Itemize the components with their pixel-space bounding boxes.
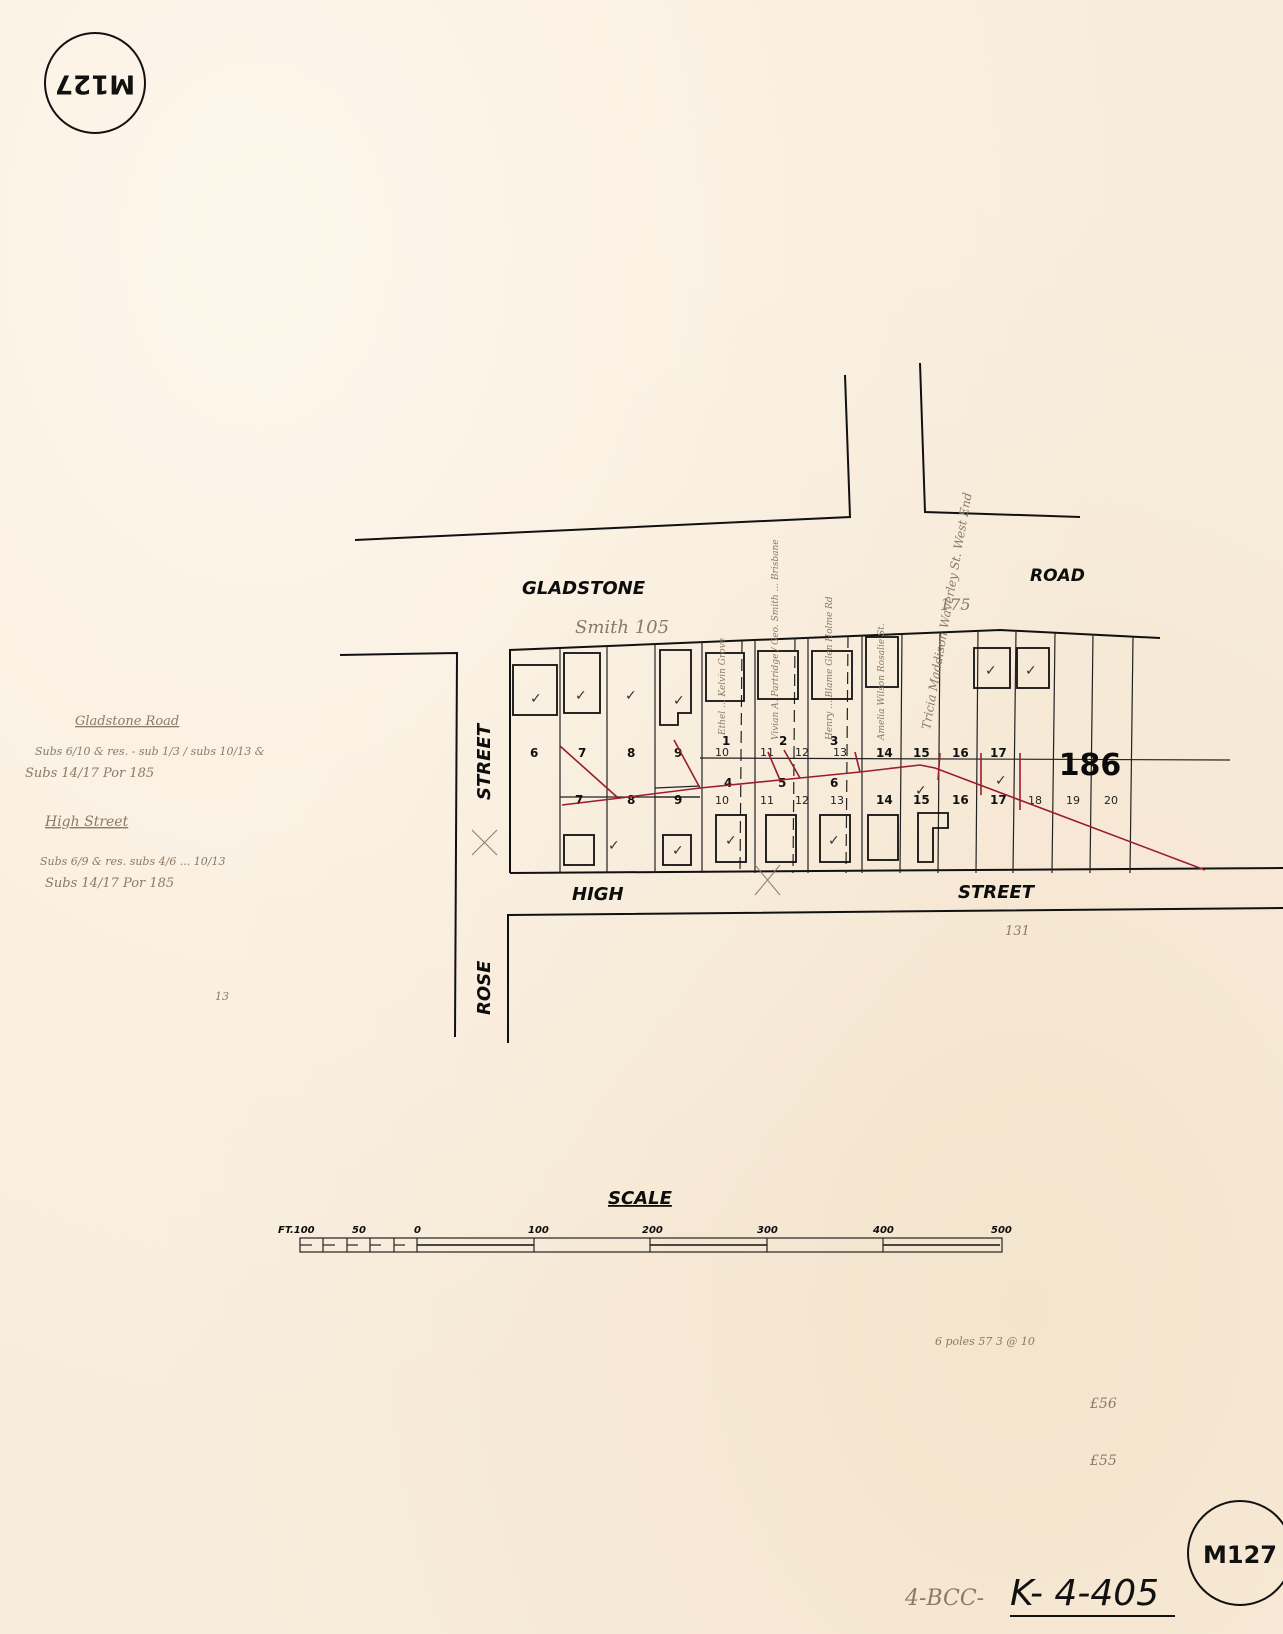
svg-text:6 poles 57 3 @ 10: 6 poles 57 3 @ 10 <box>935 1335 1035 1348</box>
svg-text:16: 16 <box>952 793 969 807</box>
survey-map: M127 <box>0 0 1283 1634</box>
svg-text:Subs 14/17 Por 185: Subs 14/17 Por 185 <box>45 876 174 891</box>
svg-text:13: 13 <box>215 990 229 1003</box>
stamp-top-left-text: M127 <box>55 69 135 99</box>
svg-text:11: 11 <box>760 746 774 759</box>
svg-text:Amelia Wilson Rosalie St.: Amelia Wilson Rosalie St. <box>877 623 887 741</box>
svg-text:✓: ✓ <box>673 693 685 709</box>
svg-text:10: 10 <box>715 746 729 759</box>
svg-text:✓: ✓ <box>608 838 620 854</box>
svg-text:✓: ✓ <box>530 691 542 707</box>
svg-text:11: 11 <box>760 794 774 807</box>
svg-text:£56: £56 <box>1089 1396 1117 1412</box>
street-label-rose: ROSE <box>474 960 495 1015</box>
svg-text:Subs 6/10 & res. - sub 1/3 / s: Subs 6/10 & res. - sub 1/3 / subs 10/13 … <box>35 745 265 758</box>
pencil-note-131: 131 <box>1005 924 1030 939</box>
high-street-south-line <box>508 908 1283 1043</box>
svg-text:16: 16 <box>952 746 969 760</box>
svg-text:8: 8 <box>627 746 635 760</box>
buildings-upper <box>513 637 1049 725</box>
svg-text:Gladstone Road: Gladstone Road <box>75 714 179 729</box>
svg-text:6: 6 <box>830 776 838 790</box>
svg-text:6: 6 <box>530 746 538 760</box>
svg-text:400: 400 <box>872 1225 894 1236</box>
svg-text:✓: ✓ <box>575 688 587 704</box>
svg-text:20: 20 <box>1104 794 1118 807</box>
stamp-bottom-right: M127 <box>1188 1501 1283 1605</box>
svg-text:9: 9 <box>674 793 682 807</box>
section-number: 186 <box>1059 748 1122 783</box>
svg-text:17: 17 <box>990 793 1007 807</box>
svg-text:15: 15 <box>913 793 930 807</box>
scale-unit: FT.100 <box>278 1225 315 1236</box>
street-label-road: ROAD <box>1030 566 1085 586</box>
svg-text:✓: ✓ <box>1025 663 1037 679</box>
svg-text:50: 50 <box>352 1225 366 1236</box>
svg-text:✓: ✓ <box>725 833 737 849</box>
svg-text:14: 14 <box>876 793 893 807</box>
gladstone-road-north-lines <box>355 363 1080 540</box>
svg-text:10: 10 <box>715 794 729 807</box>
scale-bar: SCALE FT.100 50 0 100 200 300 400 500 <box>278 1188 1012 1252</box>
buildings-lower <box>564 813 948 865</box>
svg-text:High Street: High Street <box>44 814 129 830</box>
svg-text:✓: ✓ <box>995 773 1007 789</box>
reference-code: K- 4-405 <box>1010 1573 1159 1614</box>
stamp-bottom-right-text: M127 <box>1203 1541 1277 1569</box>
svg-text:13: 13 <box>830 794 844 807</box>
svg-text:Subs 14/17 Por 185: Subs 14/17 Por 185 <box>25 766 154 781</box>
svg-text:£55: £55 <box>1089 1453 1117 1469</box>
svg-text:14: 14 <box>876 746 893 760</box>
svg-text:✓: ✓ <box>985 663 997 679</box>
svg-text:✓: ✓ <box>672 843 684 859</box>
bottom-right-notes: 6 poles 57 3 @ 10 £56 £55 <box>935 1335 1117 1469</box>
left-notes: Gladstone Road Subs 6/10 & res. - sub 1/… <box>25 714 265 1003</box>
svg-text:0: 0 <box>414 1225 421 1236</box>
street-label-street-bottom: STREET <box>958 882 1036 903</box>
scale-title: SCALE <box>608 1188 673 1209</box>
svg-text:12: 12 <box>795 794 809 807</box>
svg-text:Subs 6/9 & res. subs 4/6 ... 1: Subs 6/9 & res. subs 4/6 ... 10/13 <box>40 855 226 868</box>
pencil-note-smith: Smith 105 <box>575 617 669 638</box>
svg-text:19: 19 <box>1066 794 1080 807</box>
svg-text:12: 12 <box>795 746 809 759</box>
svg-text:✓: ✓ <box>828 833 840 849</box>
reference-number: 4-BCC- K- 4-405 <box>904 1573 1175 1616</box>
street-label-high: HIGH <box>572 884 624 905</box>
svg-text:Vivian A. Partridge / Geo. Smi: Vivian A. Partridge / Geo. Smith ... Bri… <box>771 539 781 740</box>
svg-text:300: 300 <box>757 1225 778 1236</box>
lot-owner-names: Ethel ... Kelvin Grove Vivian A. Partrid… <box>718 491 975 741</box>
svg-text:15: 15 <box>913 746 930 760</box>
block-outline <box>510 630 1283 873</box>
svg-text:200: 200 <box>642 1225 663 1236</box>
svg-text:4: 4 <box>724 776 732 790</box>
street-label-gladstone: GLADSTONE <box>522 578 646 599</box>
svg-text:500: 500 <box>991 1225 1012 1236</box>
rose-street-west-line <box>340 653 457 1037</box>
svg-text:100: 100 <box>528 1225 549 1236</box>
stamp-top-left: M127 <box>45 33 145 133</box>
reference-prefix: 4-BCC- <box>904 1586 984 1611</box>
svg-text:7: 7 <box>578 746 586 760</box>
svg-text:7: 7 <box>575 793 583 807</box>
svg-text:17: 17 <box>990 746 1007 760</box>
svg-text:✓: ✓ <box>625 688 637 704</box>
svg-text:Ethel ... Kelvin Grove: Ethel ... Kelvin Grove <box>718 638 728 736</box>
svg-text:8: 8 <box>627 793 635 807</box>
check-marks: ✓✓ ✓✓ ✓✓ ✓✓ ✓✓ ✓✓ <box>530 663 1037 859</box>
svg-text:Henry ... Blame Glen Holme Rd: Henry ... Blame Glen Holme Rd <box>825 596 835 741</box>
svg-text:13: 13 <box>833 746 847 759</box>
street-label-street-vertical: STREET <box>474 722 495 800</box>
